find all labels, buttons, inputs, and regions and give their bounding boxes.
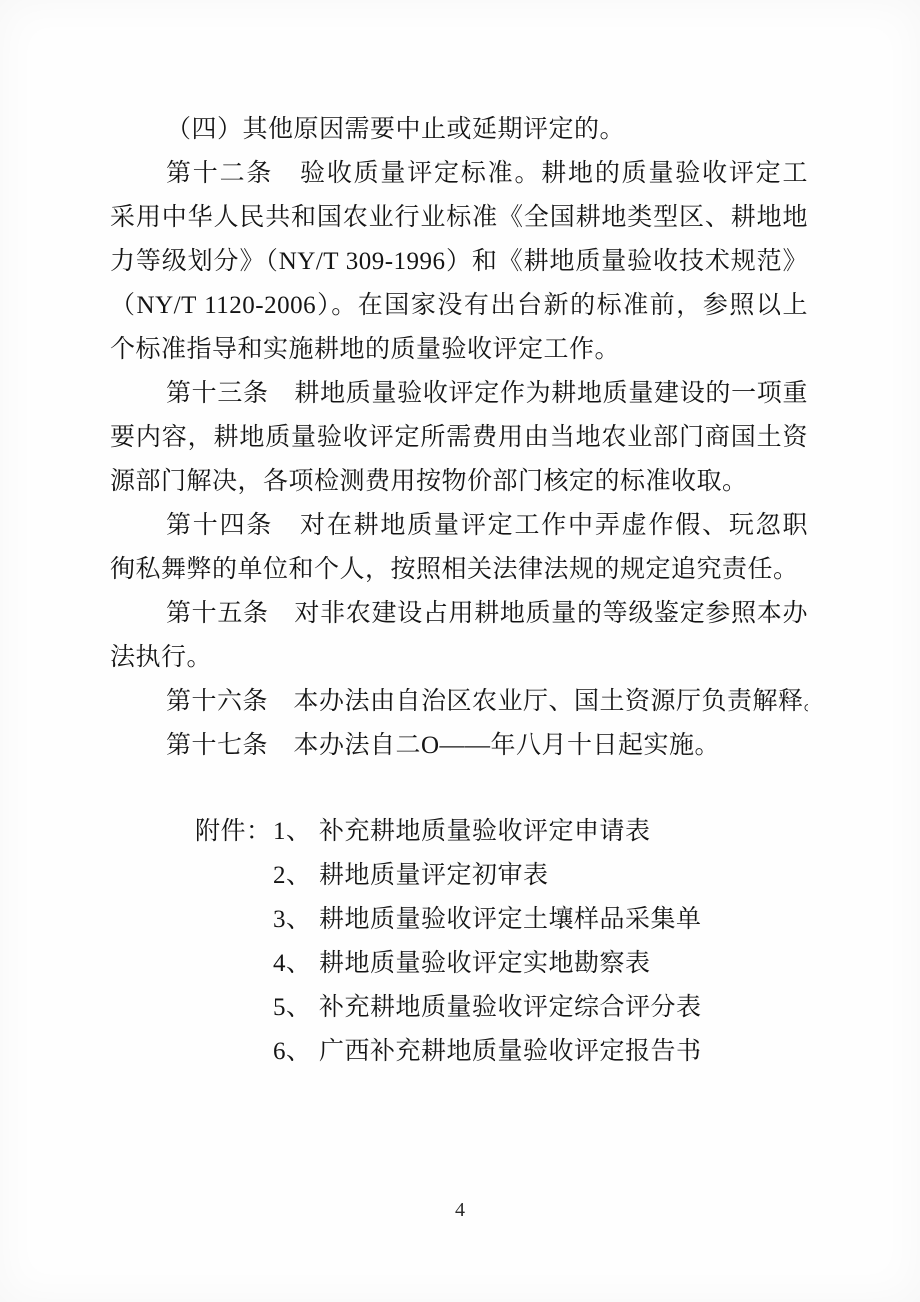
attachment-item: 2、耕地质量评定初审表 — [195, 854, 835, 898]
attachment-title: 补充耕地质量验收评定申请表 — [319, 810, 651, 854]
attachment-list: 附件：1、补充耕地质量验收评定申请表2、耕地质量评定初审表3、耕地质量验收评定土… — [195, 810, 835, 1074]
text-line: 采用中华人民共和国农业行业标准《全国耕地类型区、耕地地 — [110, 196, 808, 240]
page-footer: 4 — [0, 1196, 920, 1224]
page-number: 4 — [455, 1199, 465, 1221]
text-line: 第十七条 本办法自二O——年八月十日起实施。 — [110, 724, 808, 768]
text-line: 力等级划分》（NY/T 309-1996）和《耕地质量验收技术规范》 — [110, 240, 808, 284]
text-line: 第十三条 耕地质量验收评定作为耕地质量建设的一项重 — [110, 372, 808, 416]
attachment-title: 广西补充耕地质量验收评定报告书 — [319, 1030, 702, 1074]
document-page: （四）其他原因需要中止或延期评定的。第十二条 验收质量评定标准。耕地的质量验收评… — [0, 0, 920, 1302]
text-line: 源部门解决，各项检测费用按物价部门核定的标准收取。 — [110, 460, 808, 504]
text-line: （四）其他原因需要中止或延期评定的。 — [110, 108, 808, 152]
text-line: 第十二条 验收质量评定标准。耕地的质量验收评定工作， — [110, 152, 808, 196]
text-line: 第十六条 本办法由自治区农业厅、国土资源厅负责解释。 — [110, 680, 808, 724]
text-line: 个标准指导和实施耕地的质量验收评定工作。 — [110, 328, 808, 372]
attachment-number: 3、 — [273, 898, 319, 942]
attachment-title: 补充耕地质量验收评定综合评分表 — [319, 986, 702, 1030]
text-line: 第十五条 对非农建设占用耕地质量的等级鉴定参照本办 — [110, 592, 808, 636]
attachment-title: 耕地质量验收评定土壤样品采集单 — [319, 898, 702, 942]
text-line: （NY/T 1120-2006）。在国家没有出台新的标准前，参照以上两 — [110, 284, 808, 328]
attachment-number: 2、 — [273, 854, 319, 898]
attachment-number: 1、 — [273, 810, 319, 854]
attachment-number: 6、 — [273, 1030, 319, 1074]
attachment-item: 3、耕地质量验收评定土壤样品采集单 — [195, 898, 835, 942]
text-line: 徇私舞弊的单位和个人，按照相关法律法规的规定追究责任。 — [110, 548, 808, 592]
text-line: 要内容，耕地质量验收评定所需费用由当地农业部门商国土资 — [110, 416, 808, 460]
attachment-list-label: 附件： — [195, 810, 273, 854]
attachment-number: 5、 — [273, 986, 319, 1030]
attachment-title: 耕地质量验收评定实地勘察表 — [319, 942, 651, 986]
attachment-title: 耕地质量评定初审表 — [319, 854, 549, 898]
attachment-item: 5、补充耕地质量验收评定综合评分表 — [195, 986, 835, 1030]
attachment-number: 4、 — [273, 942, 319, 986]
attachment-item: 6、广西补充耕地质量验收评定报告书 — [195, 1030, 835, 1074]
text-line: 法执行。 — [110, 636, 808, 680]
attachment-item: 4、耕地质量验收评定实地勘察表 — [195, 942, 835, 986]
document-body: （四）其他原因需要中止或延期评定的。第十二条 验收质量评定标准。耕地的质量验收评… — [110, 108, 808, 768]
attachment-item: 附件：1、补充耕地质量验收评定申请表 — [195, 810, 835, 854]
text-line: 第十四条 对在耕地质量评定工作中弄虚作假、玩忽职守、 — [110, 504, 808, 548]
